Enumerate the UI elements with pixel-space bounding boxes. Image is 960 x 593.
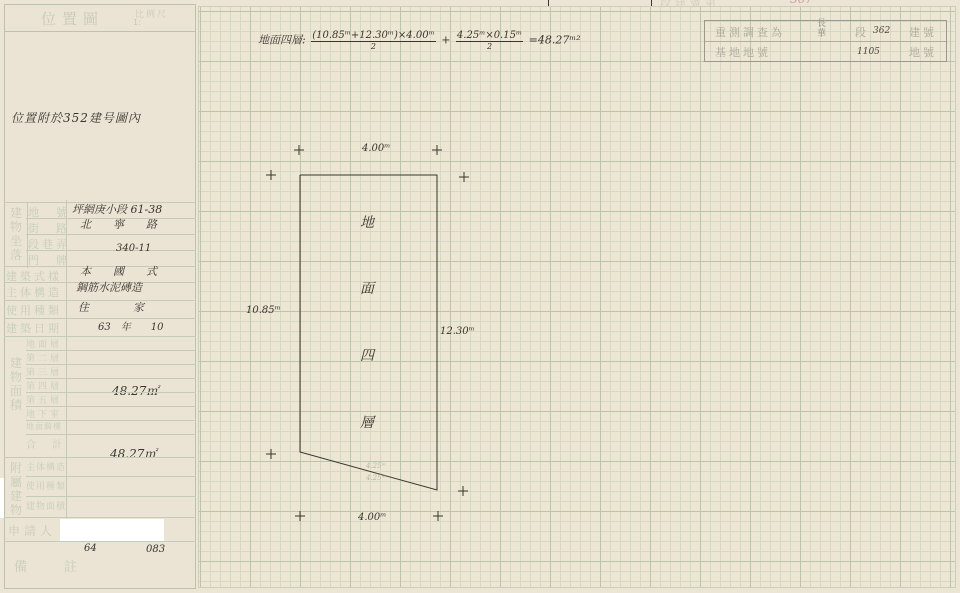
row-label-floor-4: 第四層 xyxy=(26,379,62,392)
group-building-location: 建物坐落 xyxy=(5,202,28,268)
plan-label-char-2: 面 xyxy=(360,278,374,298)
form-row xyxy=(4,457,196,458)
row-value-street: 北 寧 路 xyxy=(80,216,157,232)
plan-label-char-3: 四 xyxy=(360,345,374,365)
form-row xyxy=(26,496,196,497)
form-row xyxy=(4,517,196,518)
slant-edge-faint-1: 4.25ᵐ xyxy=(366,462,386,470)
row-value-style: 本 國 式 xyxy=(80,263,157,279)
form-row xyxy=(26,250,196,251)
row-label-arcade: 地面騎樓 xyxy=(26,421,62,432)
row-label-structure: 主体構造 xyxy=(6,284,62,300)
bottom-width-label: 4.00ᵐ xyxy=(358,512,386,523)
plan-label-char-4: 層 xyxy=(360,412,374,432)
row-value-total: 48.27㎡ xyxy=(110,445,156,462)
plan-label-char-1: 地 xyxy=(360,212,374,232)
applicant-label: 申請人 xyxy=(8,522,56,539)
row-value-door-plate: 340-11 xyxy=(116,243,151,254)
scan-edge xyxy=(0,478,4,518)
form-row xyxy=(26,434,196,435)
location-map-header: 位置圖 比例尺 1: xyxy=(5,5,195,32)
remarks-label: 備 註 xyxy=(14,556,89,575)
slant-edge-faint-2: 4.25ᵐ xyxy=(366,474,386,482)
row-label-basement: 地下室 xyxy=(26,407,62,420)
row-label-annex-use: 使用種類 xyxy=(26,479,66,492)
row-label-annex-structure: 主体構造 xyxy=(26,460,66,473)
row-value-land-number: 坪網庚小段 61-38 xyxy=(72,201,162,217)
row-value-structure: 鋼筋水泥磚造 xyxy=(76,279,142,295)
form-row xyxy=(26,234,196,235)
document-sheet: 段建號第 367 地面四層: (10.85ᵐ+12.30ᵐ)×4.00ᵐ 2 +… xyxy=(0,0,960,593)
location-note: 位置附於352建号圖內 xyxy=(11,109,141,126)
form-row xyxy=(4,541,196,542)
right-height-label: 12.30ᵐ xyxy=(440,326,475,337)
row-value-floor-4: 48.27㎡ xyxy=(112,382,158,399)
applicant-redaction xyxy=(60,519,164,541)
row-label-use: 使用種類 xyxy=(6,302,62,318)
row-label-build-date: 建築日期 xyxy=(6,320,62,336)
row-label-total: 合 計 xyxy=(26,436,65,451)
group-building-area: 建物面積 xyxy=(5,336,27,452)
row-value-build-date: 63 年 10 xyxy=(98,318,163,333)
remarks-number: 083 xyxy=(146,544,165,555)
row-label-annex-area: 建物面積 xyxy=(26,499,66,512)
row-label-floor-1: 地面層 xyxy=(26,337,62,350)
location-map-title: 位置圖 xyxy=(41,8,104,29)
remarks-year: 64 xyxy=(84,543,97,554)
row-label-floor-5: 第五層 xyxy=(26,393,62,406)
group-annex: 附屬建物 xyxy=(5,457,27,521)
top-width-label: 4.00ᵐ xyxy=(362,143,390,154)
left-height-label: 10.85ᵐ xyxy=(246,305,281,316)
row-value-use: 住 家 xyxy=(78,299,144,315)
scale-value: 1: xyxy=(133,18,141,27)
row-label-floor-3: 第三層 xyxy=(26,365,62,378)
row-label-floor-2: 第二層 xyxy=(26,351,62,364)
form-row xyxy=(26,476,196,477)
